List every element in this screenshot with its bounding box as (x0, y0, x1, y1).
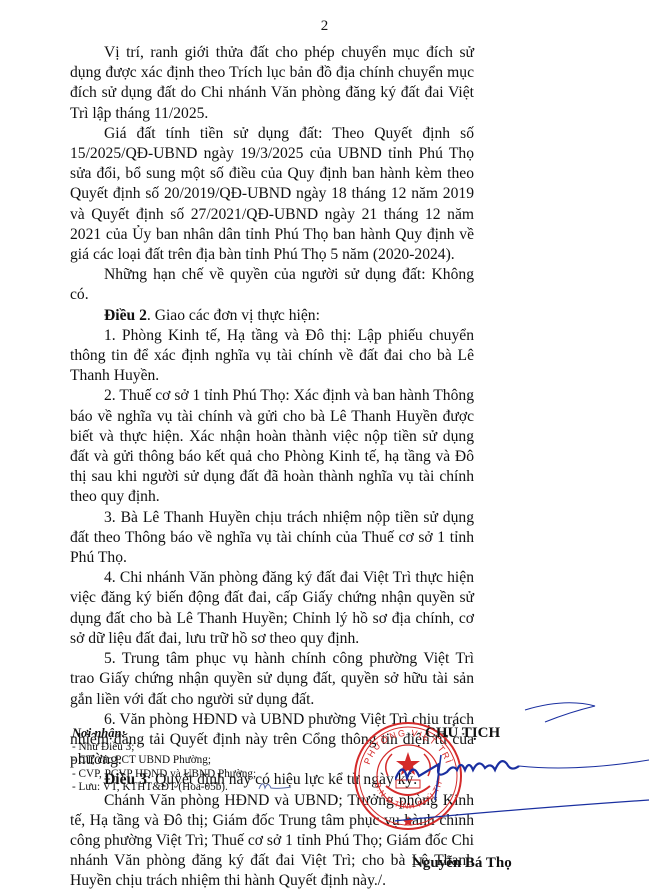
recipients-block: Nơi nhận: - Như Điều 3; - CT, các PCT UB… (72, 727, 256, 795)
recipient-item: - Như Điều 3; (72, 741, 256, 755)
paragraph-restrictions: Những hạn chế về quyền của người sử dụng… (70, 265, 474, 305)
article-2-heading: Điều 2. Giao các đơn vị thực hiện: (70, 306, 474, 326)
paragraph-item-2: 2. Thuế cơ sở 1 tỉnh Phú Thọ: Xác định v… (70, 386, 474, 507)
recipient-item: - CT, các PCT UBND Phường; (72, 754, 256, 768)
handwritten-signature-icon (395, 700, 649, 830)
article-2-text: . Giao các đơn vị thực hiện: (147, 307, 320, 324)
recipient-item: - CVP, PCVP HĐND và UBND Phường; (72, 768, 256, 782)
initial-mark-icon (255, 775, 295, 795)
recipients-title: Nơi nhận: (72, 727, 256, 741)
paragraph-land-price: Giá đất tính tiền sử dụng đất: Theo Quyế… (70, 124, 474, 265)
recipient-item: - Lưu: VT, KTHT&ĐT (Hoa-05b). (72, 781, 256, 795)
page-number: 2 (0, 18, 649, 35)
article-2-label: Điều 2 (104, 307, 147, 324)
paragraph-item-4: 4. Chi nhánh Văn phòng đăng ký đất đai V… (70, 568, 474, 649)
paragraph-location: Vị trí, ranh giới thửa đất cho phép chuy… (70, 43, 474, 124)
signer-name: Nguyễn Bá Thọ (412, 855, 512, 872)
paragraph-item-3: 3. Bà Lê Thanh Huyền chịu trách nhiệm nộ… (70, 508, 474, 569)
paragraph-item-1: 1. Phòng Kinh tế, Hạ tầng và Đô thị: Lập… (70, 326, 474, 387)
